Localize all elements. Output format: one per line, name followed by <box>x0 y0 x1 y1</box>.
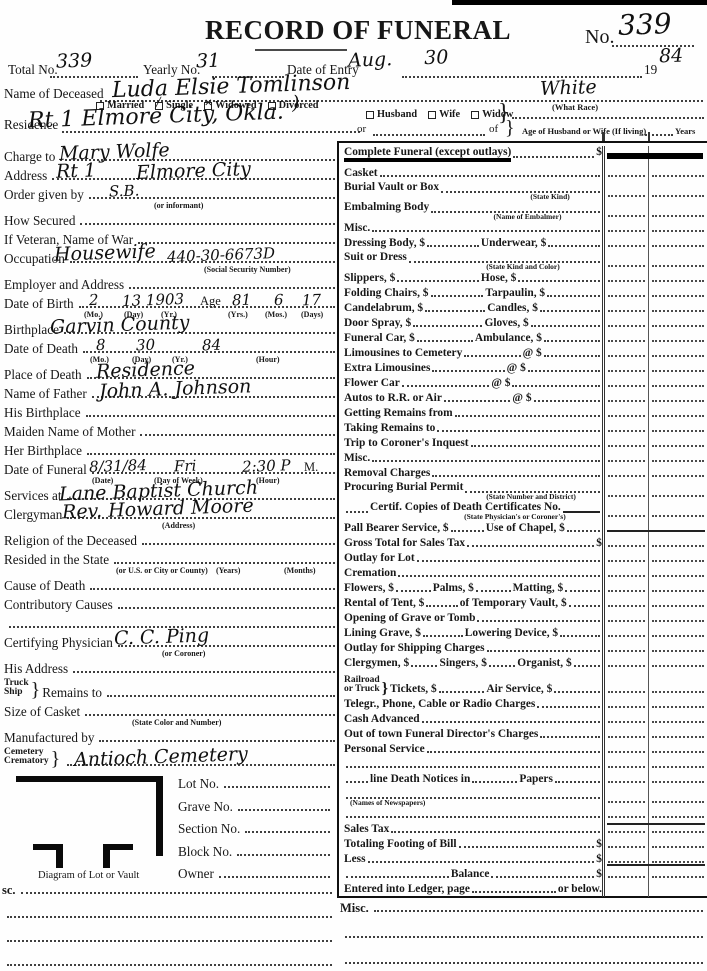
amount-columns <box>602 521 707 536</box>
dotted-leader <box>477 620 600 622</box>
charge-row: Pall Bearer Service, $Use of Chapel, $ <box>339 521 707 536</box>
charge-label: Opening of Grave or Tomb <box>339 611 602 626</box>
amount-cell <box>649 787 707 807</box>
checkbox-wife <box>428 111 436 119</box>
charge-row: Removal Charges <box>339 466 707 481</box>
amount-cell <box>649 201 707 221</box>
amount-rule <box>607 530 705 532</box>
amount-cell <box>649 501 707 521</box>
charge-row: Personal Service <box>339 742 707 757</box>
form-field-row: OccupationHousewife440-30-6673D(Social S… <box>4 248 335 274</box>
amount-columns <box>602 181 707 201</box>
charge-label-text: Burial Vault or Box <box>344 181 439 195</box>
amount-cell <box>605 436 649 451</box>
charge-label: Embalming Body <box>339 201 602 221</box>
dotted-line <box>114 562 335 564</box>
field-sublabel: (or informant) <box>154 201 203 210</box>
field-label: His Address <box>4 662 68 677</box>
charge-label: Candelabrum, $Candles, $ <box>339 301 602 316</box>
brace-word: Ship <box>4 688 29 697</box>
amount-cell <box>649 712 707 727</box>
charge-row: Rental of Tent, $of Temporary Vault, $ <box>339 596 707 611</box>
amount-cell <box>649 251 707 271</box>
charge-label-text: Balance <box>451 868 490 882</box>
charge-row: Gross Total for Sales Tax$ <box>339 536 707 551</box>
dotted-leader <box>608 495 645 497</box>
field-sublabel: (Address) <box>162 521 195 530</box>
bottom-line <box>2 952 332 970</box>
dotted-line <box>129 287 335 289</box>
charge-label-text: @ $ <box>491 377 510 391</box>
charge-label-text: Getting Remains from <box>344 407 453 421</box>
charge-row: Entered into Ledger, pageor below. <box>339 882 707 897</box>
charge-row: Door Spray, $Gloves, $ <box>339 316 707 331</box>
charge-row: Embalming Body(Name of Embalmer) <box>339 201 707 221</box>
charge-label-text: Sales Tax <box>344 823 389 837</box>
dotted-line <box>373 134 485 136</box>
field-label: Lot No. <box>178 777 219 792</box>
amount-columns <box>602 712 707 727</box>
charge-label: Entered into Ledger, pageor below. <box>339 882 602 897</box>
amount-cell <box>649 236 707 251</box>
charge-label-text: Misc. <box>344 222 370 236</box>
charge-row: Cremation <box>339 566 707 581</box>
dotted-leader <box>372 460 600 462</box>
amount-cell <box>605 376 649 391</box>
field-label: Religion of the Deceased <box>4 534 137 549</box>
amount-cell <box>649 611 707 626</box>
charge-label-text: Lining Grave, $ <box>344 627 421 641</box>
charge-label: Door Spray, $Gloves, $ <box>339 316 602 331</box>
form-field-row: His Birthplace <box>4 402 335 421</box>
brace: } <box>49 750 63 770</box>
brace: } <box>29 681 43 701</box>
deceased-name-label: Name of Deceased <box>4 86 104 102</box>
stray-paren: ) <box>292 92 300 114</box>
amount-columns <box>602 166 707 181</box>
dotted-leader <box>427 751 600 753</box>
dotted-leader <box>560 635 600 637</box>
charge-row: Autos to R.R. or Air@ $ <box>339 391 707 406</box>
amount-cell <box>605 867 649 882</box>
amount-columns <box>602 656 707 671</box>
amount-cell <box>605 346 649 361</box>
handwritten-value: C. C. Ping <box>114 624 210 649</box>
charge-label-text: Gross Total for Sales Tax <box>344 537 465 551</box>
charge-label-text: Outlay for Shipping Charges <box>344 642 485 656</box>
dotted-leader <box>427 245 479 247</box>
dotted-leader <box>652 831 704 833</box>
amount-cell <box>649 551 707 566</box>
field-sublabel: (State Color and Number) <box>132 718 221 727</box>
dotted-leader <box>652 195 704 197</box>
dotted-leader <box>346 876 449 878</box>
charge-row: Misc. <box>339 221 707 236</box>
amount-cell <box>605 566 649 581</box>
charge-label-text: Removal Charges <box>344 467 430 481</box>
dotted-leader <box>652 230 704 232</box>
charge-label-text: Complete Funeral (except outlays) <box>344 146 511 162</box>
charge-label: Outlay for Lot <box>339 551 602 566</box>
amount-cell <box>605 536 649 551</box>
bottom-line <box>2 928 332 946</box>
charge-sublabel: (State Physician's or Coroner's) <box>464 512 566 521</box>
amount-cell <box>649 316 707 331</box>
amount-columns <box>602 481 707 501</box>
charge-sublabel: (State Number and District) <box>486 492 576 501</box>
brace-stack: CemeteryCrematory <box>4 748 49 770</box>
amount-cell <box>649 301 707 316</box>
charge-label: Complete Funeral (except outlays)$ <box>339 146 602 166</box>
field-label: Contributory Causes <box>4 598 113 613</box>
form-field-row: Contributory Causes <box>4 594 335 613</box>
dotted-leader <box>439 691 485 693</box>
amount-cell <box>605 697 649 712</box>
charge-label-text: Opening of Grave or Tomb <box>344 612 475 626</box>
field-label: Name of Father <box>4 387 87 402</box>
dotted-leader <box>608 846 645 848</box>
amount-cell <box>649 221 707 236</box>
scan-artifact-strip <box>452 0 707 5</box>
diagram-gate-left-post <box>56 844 63 868</box>
form-field-row: Cause of Death <box>4 575 335 594</box>
diagram-gate-right-post <box>103 844 110 868</box>
handwritten-value: Fri <box>174 457 197 476</box>
amount-rule <box>607 823 705 825</box>
lot-field-row: Block No. <box>178 840 330 860</box>
charge-label-text: Matting, $ <box>513 582 564 596</box>
charge-row: (Names of Newspapers) <box>339 787 707 807</box>
charge-label: Gross Total for Sales Tax$ <box>339 536 602 551</box>
dotted-leader <box>652 265 704 267</box>
dotted-leader <box>652 620 704 622</box>
lot-field-row: Grave No. <box>178 795 330 815</box>
charge-label-text: Air Service, $ <box>486 683 552 697</box>
charge-sublabel: (State Kind) <box>530 192 569 201</box>
amount-cell <box>649 772 707 787</box>
dotted-leader <box>652 766 704 768</box>
charge-label: Casket <box>339 166 602 181</box>
charge-label: Out of town Funeral Director's Charges <box>339 727 602 742</box>
dotted-leader <box>397 280 479 282</box>
column-rule-stub <box>648 132 650 141</box>
amount-cell <box>605 406 649 421</box>
checkbox-husband <box>366 111 374 119</box>
amount-columns <box>602 271 707 286</box>
handwritten-value: 84 <box>202 336 222 355</box>
dotted-leader <box>472 891 556 893</box>
dotted-leader <box>608 195 645 197</box>
amount-columns <box>602 566 707 581</box>
dotted-leader <box>563 511 600 513</box>
charge-label <box>339 807 602 822</box>
charge-label-text: Hose, $ <box>481 272 516 286</box>
charge-row: Sales Tax <box>339 822 707 837</box>
charge-label-text: @ $ <box>512 392 531 406</box>
race-value: White <box>540 76 597 100</box>
dotted-leader <box>444 400 511 402</box>
dotted-leader <box>411 665 437 667</box>
dotted-leader <box>608 340 645 342</box>
dotted-leader <box>652 370 704 372</box>
dotted-line <box>118 607 335 609</box>
funeral-record-form: RECORD OF FUNERAL No. 339 Total No. 339 … <box>0 0 707 971</box>
dotted-leader <box>652 215 704 217</box>
charge-label-text: Procuring Burial Permit <box>344 481 463 495</box>
amount-cell <box>649 641 707 656</box>
charge-label-text: Tickets, $ <box>390 683 437 697</box>
dotted-leader <box>608 816 645 818</box>
handwritten-value: 6 <box>274 291 284 309</box>
field-sublabel: (or U.S. or City or County) <box>116 566 208 575</box>
amount-columns <box>602 436 707 451</box>
amount-cell <box>605 166 649 181</box>
dotted-leader <box>574 665 600 667</box>
amount-cell <box>605 181 649 201</box>
bottom-line <box>2 904 332 922</box>
amount-cell <box>605 611 649 626</box>
dotted-leader <box>554 691 600 693</box>
amount-cell <box>605 581 649 596</box>
checkbox-widow <box>471 111 479 119</box>
amount-columns <box>602 807 707 822</box>
dotted-leader <box>537 706 600 708</box>
dotted-leader <box>652 575 704 577</box>
amount-cell <box>605 451 649 466</box>
amount-cell <box>649 466 707 481</box>
dotted-leader <box>652 245 704 247</box>
amount-columns <box>602 451 707 466</box>
field-label: Date of Death <box>4 342 78 364</box>
dotted-leader <box>652 355 704 357</box>
charge-row: Telegr., Phone, Cable or Radio Charges <box>339 697 707 712</box>
dotted-leader <box>426 605 457 607</box>
form-field-row: Religion of the Deceased <box>4 530 335 549</box>
charge-label-text: Cremation <box>344 567 396 581</box>
year-prefix: 19 <box>644 62 657 78</box>
field-sublabel: (or Coroner) <box>162 649 205 658</box>
charge-row: Candelabrum, $Candles, $ <box>339 301 707 316</box>
field-label: Size of Casket <box>4 705 80 727</box>
charge-label: Clergymen, $Singers, $Organist, $ <box>339 656 602 671</box>
amount-cell <box>649 727 707 742</box>
dotted-leader <box>346 816 600 818</box>
amount-columns <box>602 316 707 331</box>
date-of-entry-value: Aug. 30 <box>348 46 449 71</box>
field-sublabel: (Social Security Number) <box>204 265 291 274</box>
page-title: RECORD OF FUNERAL <box>205 15 495 46</box>
brace-stack: Railroador Truck <box>344 676 380 697</box>
charge-label: Taking Remains to <box>339 421 602 436</box>
form-field-row: Order given byS.B.(or informant) <box>4 184 335 210</box>
dotted-leader <box>652 736 704 738</box>
dotted-leader <box>608 545 645 547</box>
dotted-leader <box>608 175 645 177</box>
dotted-leader <box>608 831 645 833</box>
amount-cell <box>649 671 707 697</box>
dotted-leader <box>555 781 600 783</box>
charge-row: Outlay for Lot <box>339 551 707 566</box>
dotted-leader <box>422 721 600 723</box>
form-field-row: Resided in the State(or U.S. or City or … <box>4 549 335 575</box>
amount-cell <box>605 521 649 536</box>
dotted-leader <box>608 515 645 517</box>
amount-cell <box>649 331 707 346</box>
charge-row: Totaling Footing of Bill$ <box>339 837 707 852</box>
dotted-leader <box>544 355 600 357</box>
handwritten-value: 81 <box>232 291 252 310</box>
amount-cell <box>649 742 707 757</box>
amount-cell <box>649 757 707 772</box>
dotted-line <box>21 892 332 894</box>
dotted-leader <box>547 295 600 297</box>
amount-cell <box>605 807 649 822</box>
amount-cell <box>649 837 707 852</box>
amount-columns <box>602 757 707 772</box>
amount-columns <box>602 236 707 251</box>
amount-cell <box>605 286 649 301</box>
amount-columns <box>602 551 707 566</box>
amount-cell <box>605 501 649 521</box>
dotted-leader <box>652 280 704 282</box>
charge-label-text: Personal Service <box>344 743 425 757</box>
amount-cell <box>605 331 649 346</box>
amount-columns <box>602 581 707 596</box>
bottom-line-label: Misc. <box>340 901 369 916</box>
lot-field-row: Owner <box>178 862 330 882</box>
charge-label: Funeral Car, $Ambulance, $ <box>339 331 602 346</box>
form-field-row: BirthplaceGarvin County <box>4 319 335 338</box>
dotted-leader <box>652 310 704 312</box>
dotted-leader <box>652 560 704 562</box>
yearly-no-value: 31 <box>196 50 221 73</box>
form-field-row: His Address <box>4 658 335 677</box>
dotted-line <box>62 131 360 133</box>
amount-columns <box>602 867 707 882</box>
dotted-leader <box>608 430 645 432</box>
amount-cell <box>605 882 649 897</box>
charge-label-text: Candles, $ <box>487 302 538 316</box>
field-label: How Secured <box>4 214 75 229</box>
amount-columns <box>602 837 707 852</box>
dotted-leader <box>437 430 600 432</box>
amount-cell <box>649 406 707 421</box>
charge-row: Out of town Funeral Director's Charges <box>339 727 707 742</box>
dotted-line <box>345 936 703 938</box>
dotted-line <box>374 910 703 912</box>
charge-label: Flowers, $Palms, $Matting, $ <box>339 581 602 596</box>
charge-label-text: Casket <box>344 167 378 181</box>
lot-field-row: Section No. <box>178 817 330 837</box>
amount-columns <box>602 852 707 867</box>
printed-overlay: M. <box>304 460 318 475</box>
amount-cell <box>649 181 707 201</box>
charge-row: Outlay for Shipping Charges <box>339 641 707 656</box>
relation-checkbox: Wife <box>428 109 460 120</box>
field-sublabel: (Hour) <box>256 476 280 485</box>
dotted-leader <box>608 650 645 652</box>
charge-label: Slippers, $Hose, $ <box>339 271 602 286</box>
charge-label-text: Underwear, $ <box>481 237 546 251</box>
charge-label-text: Autos to R.R. or Air <box>344 392 442 406</box>
amount-cell <box>649 581 707 596</box>
dotted-leader <box>402 385 490 387</box>
dotted-leader <box>346 511 368 513</box>
charge-row: Taking Remains to <box>339 421 707 436</box>
amount-columns <box>602 361 707 376</box>
total-no-value: 339 <box>56 49 93 72</box>
charges-itemized-box: Complete Funeral (except outlays)$Casket… <box>337 141 707 898</box>
charge-label: Extra Limousines@ $ <box>339 361 602 376</box>
residence-value: Rt 1 Elmore City, Okla. <box>28 100 285 134</box>
amount-cell <box>605 757 649 772</box>
form-field-row: Size of Casket(State Color and Number) <box>4 701 335 727</box>
charge-label: Totaling Footing of Bill$ <box>339 837 602 852</box>
field-label: Certifying Physician <box>4 636 113 658</box>
amount-columns <box>602 626 707 641</box>
form-field-row: TruckShip}Remains to <box>4 677 335 701</box>
amount-cell <box>605 671 649 697</box>
charge-row: Funeral Car, $Ambulance, $ <box>339 331 707 346</box>
dotted-leader <box>432 370 504 372</box>
handwritten-value: 13 1903 <box>122 290 185 310</box>
charge-label: Misc. <box>339 451 602 466</box>
dotted-leader <box>652 691 704 693</box>
field-label: His Birthplace <box>4 406 81 421</box>
handwritten-value: Rt 1 <box>56 159 97 182</box>
amount-cell <box>649 271 707 286</box>
amount-cell <box>649 697 707 712</box>
lot-field-row: Lot No. <box>178 772 330 792</box>
charge-label-text: Palms, $ <box>433 582 474 596</box>
field-label: Grave No. <box>178 800 233 815</box>
charge-row: Balance$ <box>339 867 707 882</box>
dotted-leader <box>608 590 645 592</box>
dotted-leader <box>417 560 600 562</box>
amount-rule <box>607 864 705 866</box>
charge-row: Extra Limousines@ $ <box>339 361 707 376</box>
dotted-leader <box>652 515 704 517</box>
charge-label-text: Embalming Body <box>344 201 429 215</box>
field-sublabel: (Yrs.) <box>228 310 248 319</box>
dotted-line <box>238 809 330 811</box>
dotted-line <box>142 543 335 545</box>
charge-label: Suit or Dress <box>339 251 602 271</box>
amount-cell <box>649 436 707 451</box>
dotted-leader <box>608 230 645 232</box>
handwritten-value: Garvin County <box>50 312 190 339</box>
dotted-leader <box>652 816 704 818</box>
dotted-leader <box>431 295 484 297</box>
dotted-leader <box>432 475 600 477</box>
amount-cell <box>649 286 707 301</box>
dotted-leader <box>476 590 511 592</box>
dotted-leader <box>471 445 600 447</box>
dotted-leader <box>652 495 704 497</box>
amount-cell <box>649 807 707 822</box>
amount-columns <box>602 331 707 346</box>
charge-label-text: Less <box>344 853 366 867</box>
charge-label-text: line Death Notices in <box>370 773 470 787</box>
amount-cell <box>649 867 707 882</box>
charge-row: Limousines to Cemetery@ $ <box>339 346 707 361</box>
charge-row <box>339 807 707 822</box>
charge-label: Trip to Coroner's Inquest <box>339 436 602 451</box>
form-field-row: Manufactured by <box>4 727 335 746</box>
dotted-leader <box>652 430 704 432</box>
charge-sublabel: (Names of Newspapers) <box>350 798 425 807</box>
field-label: Place of Death <box>4 368 82 383</box>
